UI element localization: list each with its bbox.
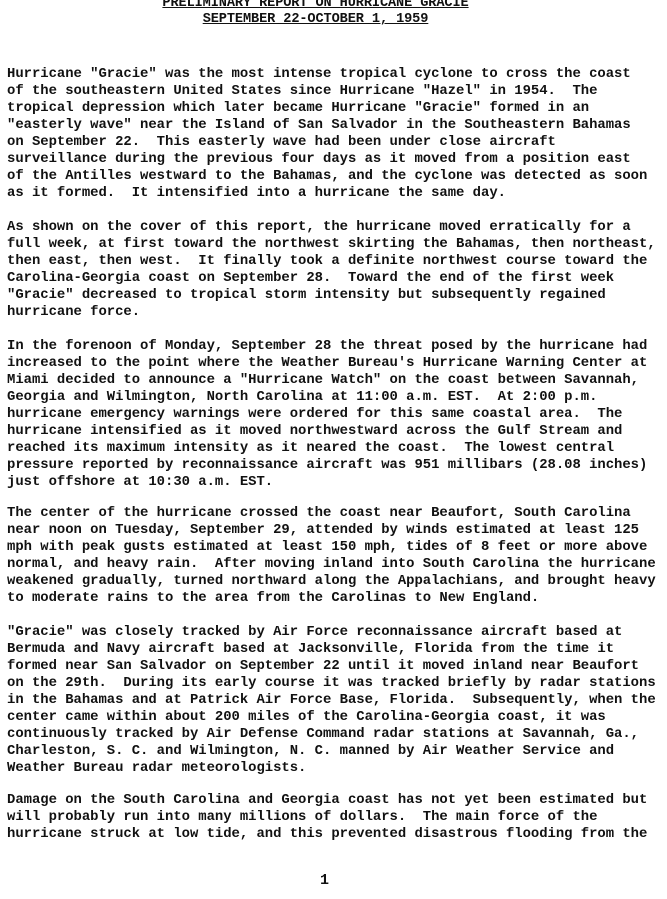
text-line: mph with peak gusts estimated at least 1…: [7, 539, 656, 556]
text-line: of the southeastern United States since …: [7, 83, 647, 100]
text-line: reached its maximum intensity as it near…: [7, 440, 647, 457]
text-line: formed near San Salvador on September 22…: [7, 658, 656, 675]
text-line: of the Antilles westward to the Bahamas,…: [7, 168, 647, 185]
text-line: as it formed. It intensified into a hurr…: [7, 185, 647, 202]
text-line: hurricane struck at low tide, and this p…: [7, 826, 647, 843]
text-line: Charleston, S. C. and Wilmington, N. C. …: [7, 743, 656, 760]
text-line: Carolina-Georgia coast on September 28. …: [7, 270, 656, 287]
text-line: just offshore at 10:30 a.m. EST.: [7, 474, 647, 491]
text-line: tropical depression which later became H…: [7, 100, 647, 117]
report-date-range: SEPTEMBER 22-OCTOBER 1, 1959: [0, 12, 631, 28]
text-line: weakened gradually, turned northward alo…: [7, 573, 656, 590]
text-line: The center of the hurricane crossed the …: [7, 505, 656, 522]
report-title: PRELIMINARY REPORT ON HURRICANE GRACIE: [0, 0, 631, 12]
text-line: hurricane emergency warnings were ordere…: [7, 406, 647, 423]
text-line: Georgia and Wilmington, North Carolina a…: [7, 389, 647, 406]
text-line: then east, then west. It finally took a …: [7, 253, 656, 270]
page-number: 1: [320, 872, 329, 889]
text-line: "Gracie" decreased to tropical storm int…: [7, 287, 656, 304]
text-line: As shown on the cover of this report, th…: [7, 219, 656, 236]
text-line: Bermuda and Navy aircraft based at Jacks…: [7, 641, 656, 658]
paragraph-warnings: In the forenoon of Monday, September 28 …: [7, 338, 647, 491]
text-line: pressure reported by reconnaissance airc…: [7, 457, 647, 474]
text-line: Weather Bureau radar meteorologists.: [7, 760, 656, 777]
text-line: will probably run into many millions of …: [7, 809, 647, 826]
paragraph-damage: Damage on the South Carolina and Georgia…: [7, 792, 647, 843]
text-line: hurricane intensified as it moved northw…: [7, 423, 647, 440]
text-line: Hurricane "Gracie" was the most intense …: [7, 66, 647, 83]
text-line: in the Bahamas and at Patrick Air Force …: [7, 692, 656, 709]
paragraph-intro: Hurricane "Gracie" was the most intense …: [7, 66, 647, 202]
text-line: Miami decided to announce a "Hurricane W…: [7, 372, 647, 389]
text-line: Damage on the South Carolina and Georgia…: [7, 792, 647, 809]
text-line: full week, at first toward the northwest…: [7, 236, 656, 253]
text-line: center came within about 200 miles of th…: [7, 709, 656, 726]
paragraph-tracking: "Gracie" was closely tracked by Air Forc…: [7, 624, 656, 777]
text-line: on September 22. This easterly wave had …: [7, 134, 647, 151]
text-line: on the 29th. During its early course it …: [7, 675, 656, 692]
text-line: increased to the point where the Weather…: [7, 355, 647, 372]
text-line: normal, and heavy rain. After moving inl…: [7, 556, 656, 573]
text-line: continuously tracked by Air Defense Comm…: [7, 726, 656, 743]
text-line: surveillance during the previous four da…: [7, 151, 647, 168]
text-line: near noon on Tuesday, September 29, atte…: [7, 522, 656, 539]
text-line: to moderate rains to the area from the C…: [7, 590, 656, 607]
text-line: "easterly wave" near the Island of San S…: [7, 117, 647, 134]
text-line: In the forenoon of Monday, September 28 …: [7, 338, 647, 355]
text-line: "Gracie" was closely tracked by Air Forc…: [7, 624, 656, 641]
text-line: hurricane force.: [7, 304, 656, 321]
paragraph-landfall: The center of the hurricane crossed the …: [7, 505, 656, 607]
paragraph-track: As shown on the cover of this report, th…: [7, 219, 656, 321]
